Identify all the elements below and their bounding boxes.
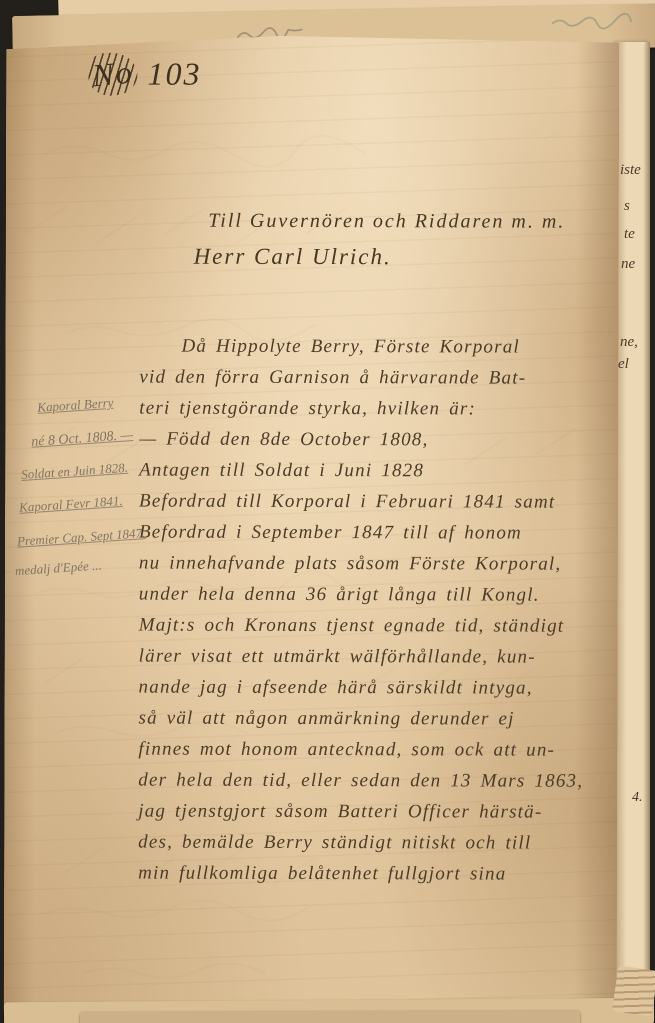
margin-note: medalj d'Epée ...	[14, 557, 102, 579]
body-line: Befordrad till Korporal i Februari 1841 …	[139, 486, 639, 518]
body-line: finnes mot honom antecknad, som ock att …	[138, 734, 638, 766]
pencil-scribble-right	[552, 14, 631, 30]
salutation-line-2: Herr Carl Ulrich.	[138, 244, 448, 271]
body-line: des, bemälde Berry ständigt nitiskt och …	[138, 827, 638, 859]
body-line: nande jag i afseende härå särskildt inty…	[139, 672, 639, 704]
folio-number-value: 103	[147, 56, 201, 92]
archival-scan: { "document": { "number": { "crossed": "…	[0, 0, 655, 1023]
body-line: jag tjenstgjort såsom Batteri Officer hä…	[138, 796, 638, 828]
page-edge-number: 4.	[632, 790, 643, 806]
edge-fragment: te	[624, 226, 635, 243]
body-line: Befordrad i September 1847 till af honom	[139, 517, 639, 549]
body-line: Majt:s och Kronans tjenst egnade tid, st…	[139, 610, 639, 642]
page-edge-bottom-2	[80, 1010, 580, 1023]
margin-note: Kaporal Fevr 1841.	[19, 493, 123, 516]
body-line: under hela denna 36 årigt långa till Kon…	[139, 579, 639, 611]
page-stack-bottom-right	[612, 965, 655, 1016]
next-page-sliver: iste s te ne ne, el 4.	[616, 42, 650, 994]
body-line: der hela den tid, eller sedan den 13 Mar…	[138, 765, 638, 797]
crossed-out-no: No	[90, 53, 135, 94]
body-line: nu innehafvande plats såsom Förste Korpo…	[139, 548, 639, 580]
margin-note: Soldat en Juin 1828.	[21, 460, 129, 483]
salutation-line-1: Till Guvernören och Riddaren m. m.	[148, 210, 626, 234]
body-line: vid den förra Garnison å härvarande Bat-	[139, 362, 639, 394]
body-line: Då Hippolyte Berry, Förste Korporal	[139, 331, 639, 363]
edge-fragment: ne	[621, 256, 635, 273]
body-line: — Född den 8de October 1808,	[139, 424, 639, 456]
manuscript-page: No103 Till Guvernören och Riddaren m. m.…	[4, 33, 620, 1013]
folio-number: No103	[92, 55, 201, 92]
margin-note: né 8 Oct. 1808. —	[31, 428, 134, 451]
body-line: teri tjenstgörande styrka, hvilken är:	[139, 393, 639, 425]
margin-note: Kaporal Berry	[37, 395, 114, 416]
body-line: så väl att någon anmärkning derunder ej	[138, 703, 638, 735]
edge-fragment: el	[618, 356, 629, 373]
edge-fragment: ne,	[620, 334, 638, 351]
body-line: Antagen till Soldat i Juni 1828	[139, 455, 639, 487]
body-line: lärer visat ett utmärkt wälförhållande, …	[139, 641, 639, 673]
body-line: min fullkomliga belåtenhet fullgjort sin…	[138, 858, 638, 890]
letter-body: Då Hippolyte Berry, Förste Korporal vid …	[138, 331, 639, 890]
margin-note: Premier Cap. Sept 1847.	[17, 525, 146, 550]
edge-fragment: s	[624, 198, 630, 215]
edge-fragment: iste	[620, 162, 641, 179]
